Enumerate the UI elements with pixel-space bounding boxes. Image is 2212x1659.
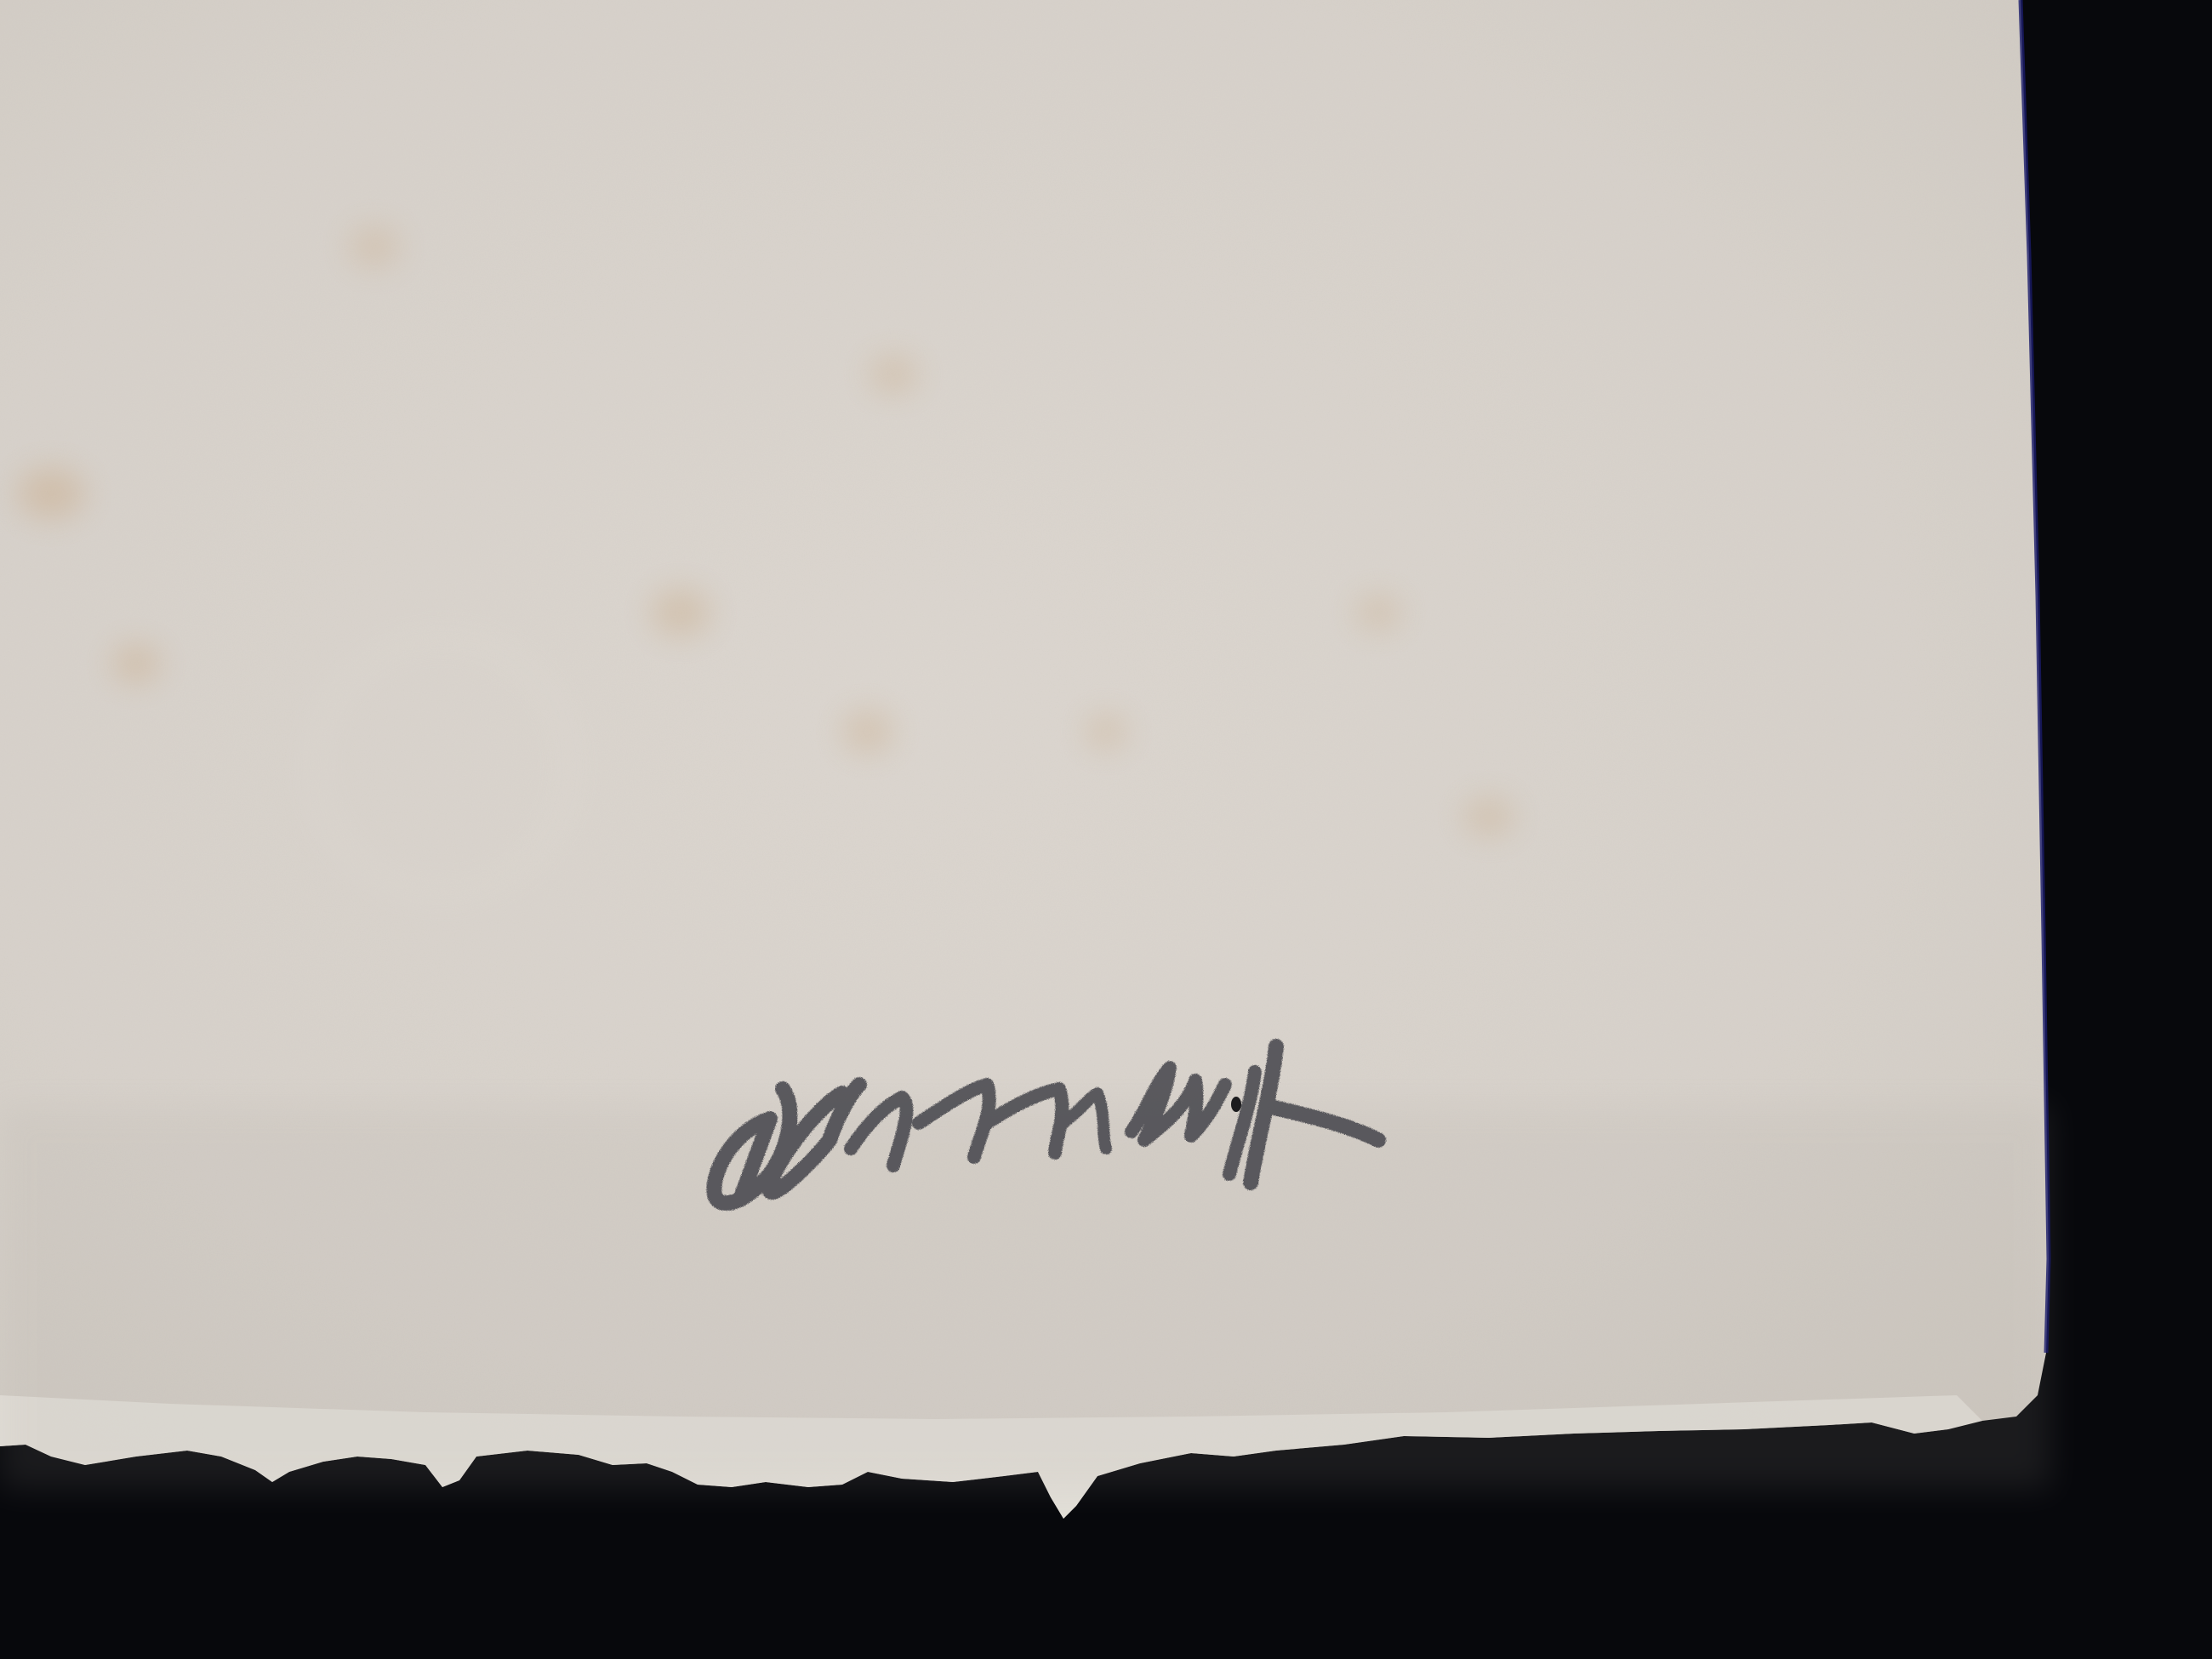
paper-sheet [0, 0, 2212, 1659]
photo-scene: Dammer 17 [0, 0, 2212, 1659]
paper-pinhole [1231, 1097, 1241, 1112]
lower-shading [0, 1106, 2050, 1489]
